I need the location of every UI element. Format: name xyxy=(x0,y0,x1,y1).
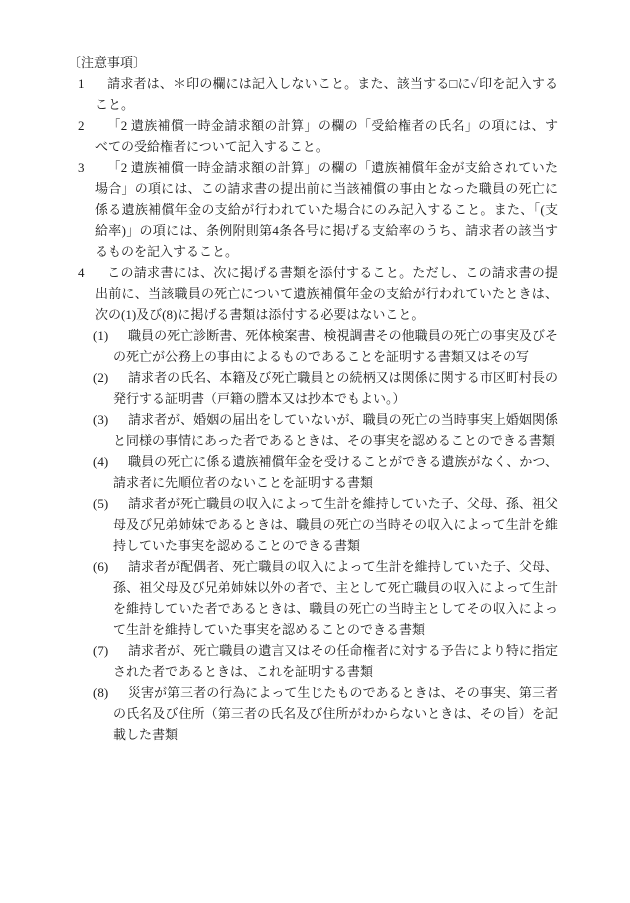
note-subitem-1-text: 職員の死亡診断書、死体検案書、検視調書その他職員の死亡の事実及びその死亡が公務上… xyxy=(113,328,558,364)
note-subitem-2-text: 請求者の氏名、本籍及び死亡職員との続柄又は関係に関する市区町村長の発行する証明書… xyxy=(113,370,558,406)
note-subitem-8-text: 災害が第三者の行為によって生じたものであるときは、その事実、第三者の氏名及び住所… xyxy=(113,685,558,742)
note-item-1: 1請求者は、＊印の欄には記入しないこと。また、該当する□に✓印を記入すること。 xyxy=(95,73,558,115)
note-item-2-number: 2 xyxy=(78,115,107,136)
note-subitem-3-text: 請求者が、婚姻の届出をしていないが、職員の死亡の当時事実上婚姻関係と同様の事情に… xyxy=(113,412,558,448)
note-item-4-number: 4 xyxy=(78,262,107,283)
note-item-2: 2「2 遺族補償一時金請求額の計算」の欄の「受給権者の氏名」の項には、すべての受… xyxy=(95,115,558,157)
note-subitem-7-text: 請求者が、死亡職員の遺言又はその任命権者に対する予告により特に指定された者である… xyxy=(113,643,558,679)
note-subitem-6: (6)請求者が配偶者、死亡職員の収入によって生計を維持していた子、父母、孫、祖父… xyxy=(113,556,558,640)
note-subitem-6-number: (6) xyxy=(93,556,128,577)
note-subitem-4-number: (4) xyxy=(93,451,128,472)
note-item-3: 3「2 遺族補償一時金請求額の計算」の欄の「遺族補償年金が支給されていた場合」の… xyxy=(95,157,558,262)
note-subitem-1-number: (1) xyxy=(93,325,128,346)
note-subitem-6-text: 請求者が配偶者、死亡職員の収入によって生計を維持していた子、父母、孫、祖父母及び… xyxy=(113,559,558,637)
note-item-4-text: この請求書には、次に掲げる書類を添付すること。ただし、この請求書の提出前に、当該… xyxy=(95,265,558,322)
note-item-3-text: 「2 遺族補償一時金請求額の計算」の欄の「遺族補償年金が支給されていた場合」の項… xyxy=(95,160,558,259)
note-item-4: 4この請求書には、次に掲げる書類を添付すること。ただし、この請求書の提出前に、当… xyxy=(95,262,558,325)
note-subitem-8-number: (8) xyxy=(93,682,128,703)
note-subitem-5-text: 請求者が死亡職員の収入によって生計を維持していた子、父母、孫、祖父母及び兄弟姉妹… xyxy=(113,496,558,553)
note-subitem-2: (2)請求者の氏名、本籍及び死亡職員との続柄又は関係に関する市区町村長の発行する… xyxy=(113,367,558,409)
note-subitem-7: (7)請求者が、死亡職員の遺言又はその任命権者に対する予告により特に指定された者… xyxy=(113,640,558,682)
note-subitem-8: (8)災害が第三者の行為によって生じたものであるときは、その事実、第三者の氏名及… xyxy=(113,682,558,745)
note-subitem-3: (3)請求者が、婚姻の届出をしていないが、職員の死亡の当時事実上婚姻関係と同様の… xyxy=(113,409,558,451)
note-item-1-text: 請求者は、＊印の欄には記入しないこと。また、該当する□に✓印を記入すること。 xyxy=(95,76,558,112)
document-page: 〔注意事項〕 1請求者は、＊印の欄には記入しないこと。また、該当する□に✓印を記… xyxy=(0,0,630,903)
note-subitem-5: (5)請求者が死亡職員の収入によって生計を維持していた子、父母、孫、祖父母及び兄… xyxy=(113,493,558,556)
note-subitem-3-number: (3) xyxy=(93,409,128,430)
note-item-2-text: 「2 遺族補償一時金請求額の計算」の欄の「受給権者の氏名」の項には、すべての受給… xyxy=(95,118,558,154)
note-subitem-4: (4)職員の死亡に係る遺族補償年金を受けることができる遺族がなく、かつ、請求者に… xyxy=(113,451,558,493)
note-subitem-2-number: (2) xyxy=(93,367,128,388)
notes-heading: 〔注意事項〕 xyxy=(68,52,558,73)
note-subitem-5-number: (5) xyxy=(93,493,128,514)
note-subitem-1: (1)職員の死亡診断書、死体検案書、検視調書その他職員の死亡の事実及びその死亡が… xyxy=(113,325,558,367)
note-item-3-number: 3 xyxy=(78,157,107,178)
note-subitem-4-text: 職員の死亡に係る遺族補償年金を受けることができる遺族がなく、かつ、請求者に先順位… xyxy=(113,454,558,490)
note-subitem-7-number: (7) xyxy=(93,640,128,661)
note-item-1-number: 1 xyxy=(78,73,107,94)
